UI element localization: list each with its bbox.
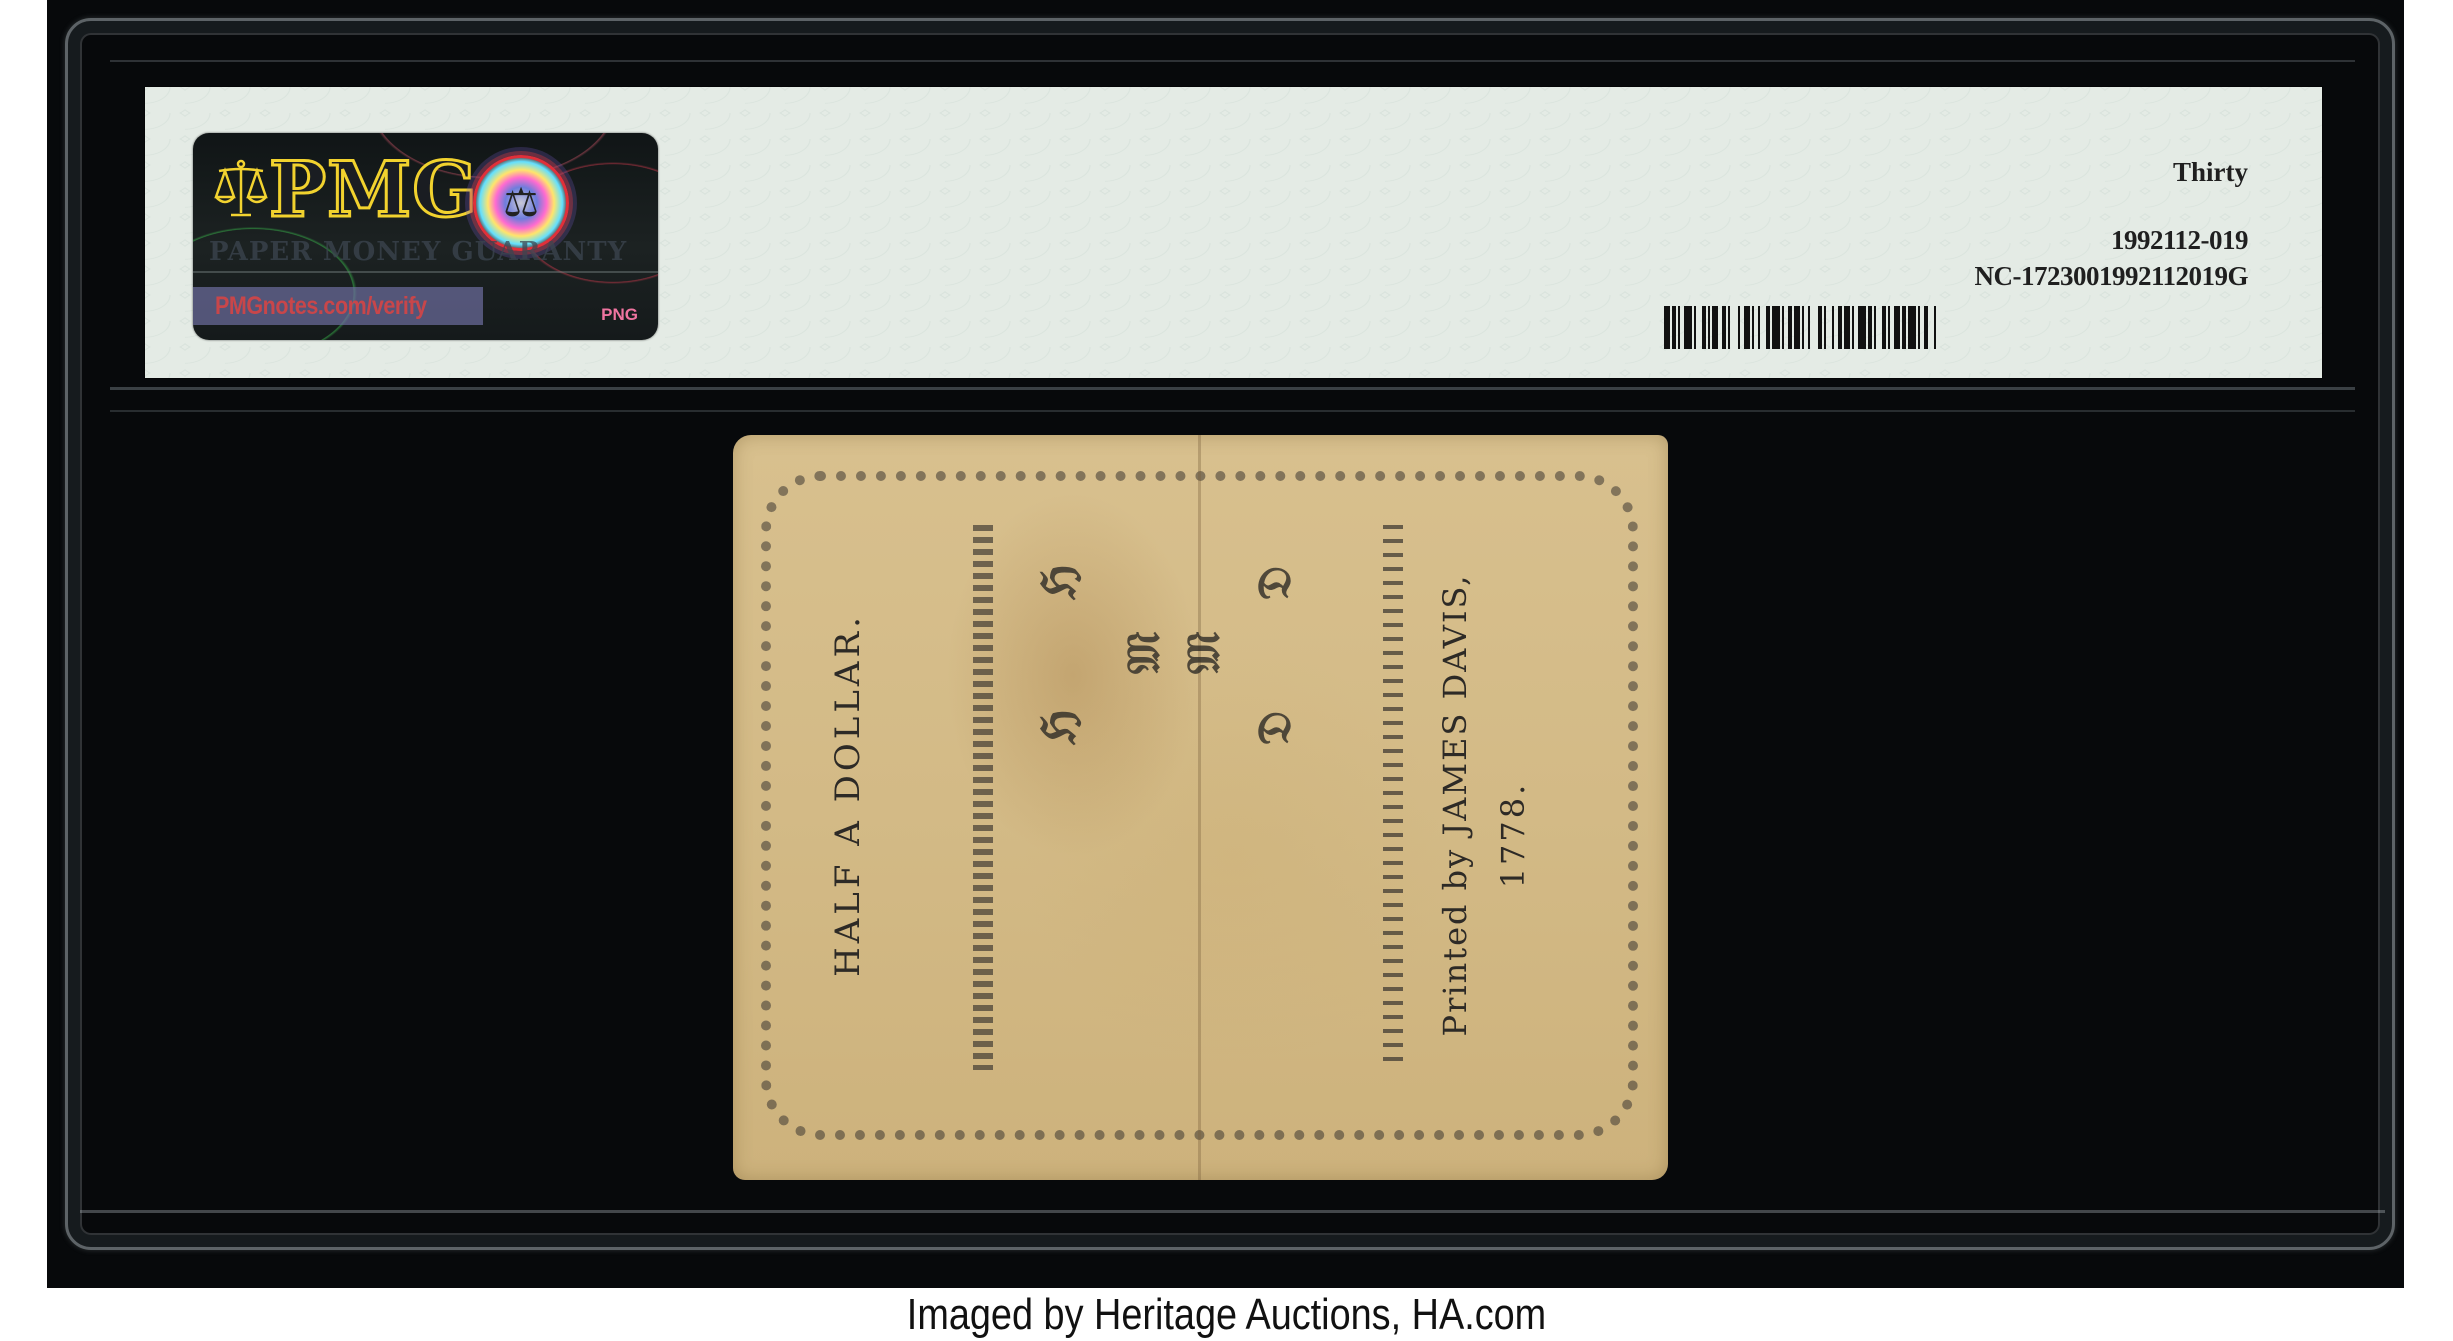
- barcode-bar: [1684, 306, 1692, 349]
- slab-divider: [110, 387, 2355, 390]
- barcode-bar: [1772, 306, 1780, 349]
- note-printer: Printed by JAMES DAVIS,: [1436, 574, 1474, 1037]
- note-denomination: HALF A DOLLAR.: [828, 613, 868, 977]
- banknote: HALF A DOLLAR. Printed by JAMES DAVIS, 1…: [733, 435, 1668, 1180]
- grade-text: Thirty: [2173, 157, 2248, 188]
- note-ornament-column: [973, 525, 993, 1070]
- ornament-glyph-icon: ℌ: [1031, 710, 1085, 745]
- barcode-bar: [1810, 306, 1818, 349]
- barcode: [1664, 306, 2248, 349]
- verify-url: PMGnotes.com/verify: [215, 292, 427, 321]
- barcode-bar: [1730, 306, 1738, 349]
- cert-number: 1992112-019: [2111, 225, 2248, 256]
- ornament-glyph-icon: 𝔇: [1247, 566, 1303, 600]
- slab-divider: [110, 410, 2355, 412]
- hologram-tagline: PAPER MONEY GUARANTY: [209, 237, 627, 267]
- note-ornament-column: [1383, 525, 1403, 1070]
- png-badge: PNG: [601, 305, 638, 325]
- catalog-code: NC-1723001992112019G: [1975, 261, 2249, 292]
- barcode-bar: [1908, 306, 1916, 349]
- slab-inner-edge: [110, 60, 2355, 62]
- scales-of-justice-icon: [213, 159, 269, 219]
- image-credit: Imaged by Heritage Auctions, HA.com: [172, 1290, 2282, 1340]
- pmg-logo: PMG: [269, 149, 478, 231]
- ornament-glyph-icon: 𝔇: [1247, 711, 1303, 745]
- ornament-glyph-icon: ℌ: [1031, 565, 1085, 600]
- note-year: 1778.: [1494, 782, 1532, 889]
- note-fold-line: [1198, 435, 1201, 1180]
- ornament-glyph-icon: 𝔐: [1116, 632, 1172, 674]
- pmg-hologram: PMG ⚖ PAPER MONEY GUARANTY PMGnotes.com/…: [193, 133, 658, 340]
- barcode-bar: [1936, 306, 1938, 349]
- ornament-glyph-icon: 𝔐: [1176, 632, 1232, 674]
- slab-bottom-edge: [80, 1210, 2385, 1213]
- barcode-bar: [1858, 306, 1866, 349]
- hologram-band: [193, 271, 658, 273]
- grading-label: PMG ⚖ PAPER MONEY GUARANTY PMGnotes.com/…: [145, 87, 2322, 378]
